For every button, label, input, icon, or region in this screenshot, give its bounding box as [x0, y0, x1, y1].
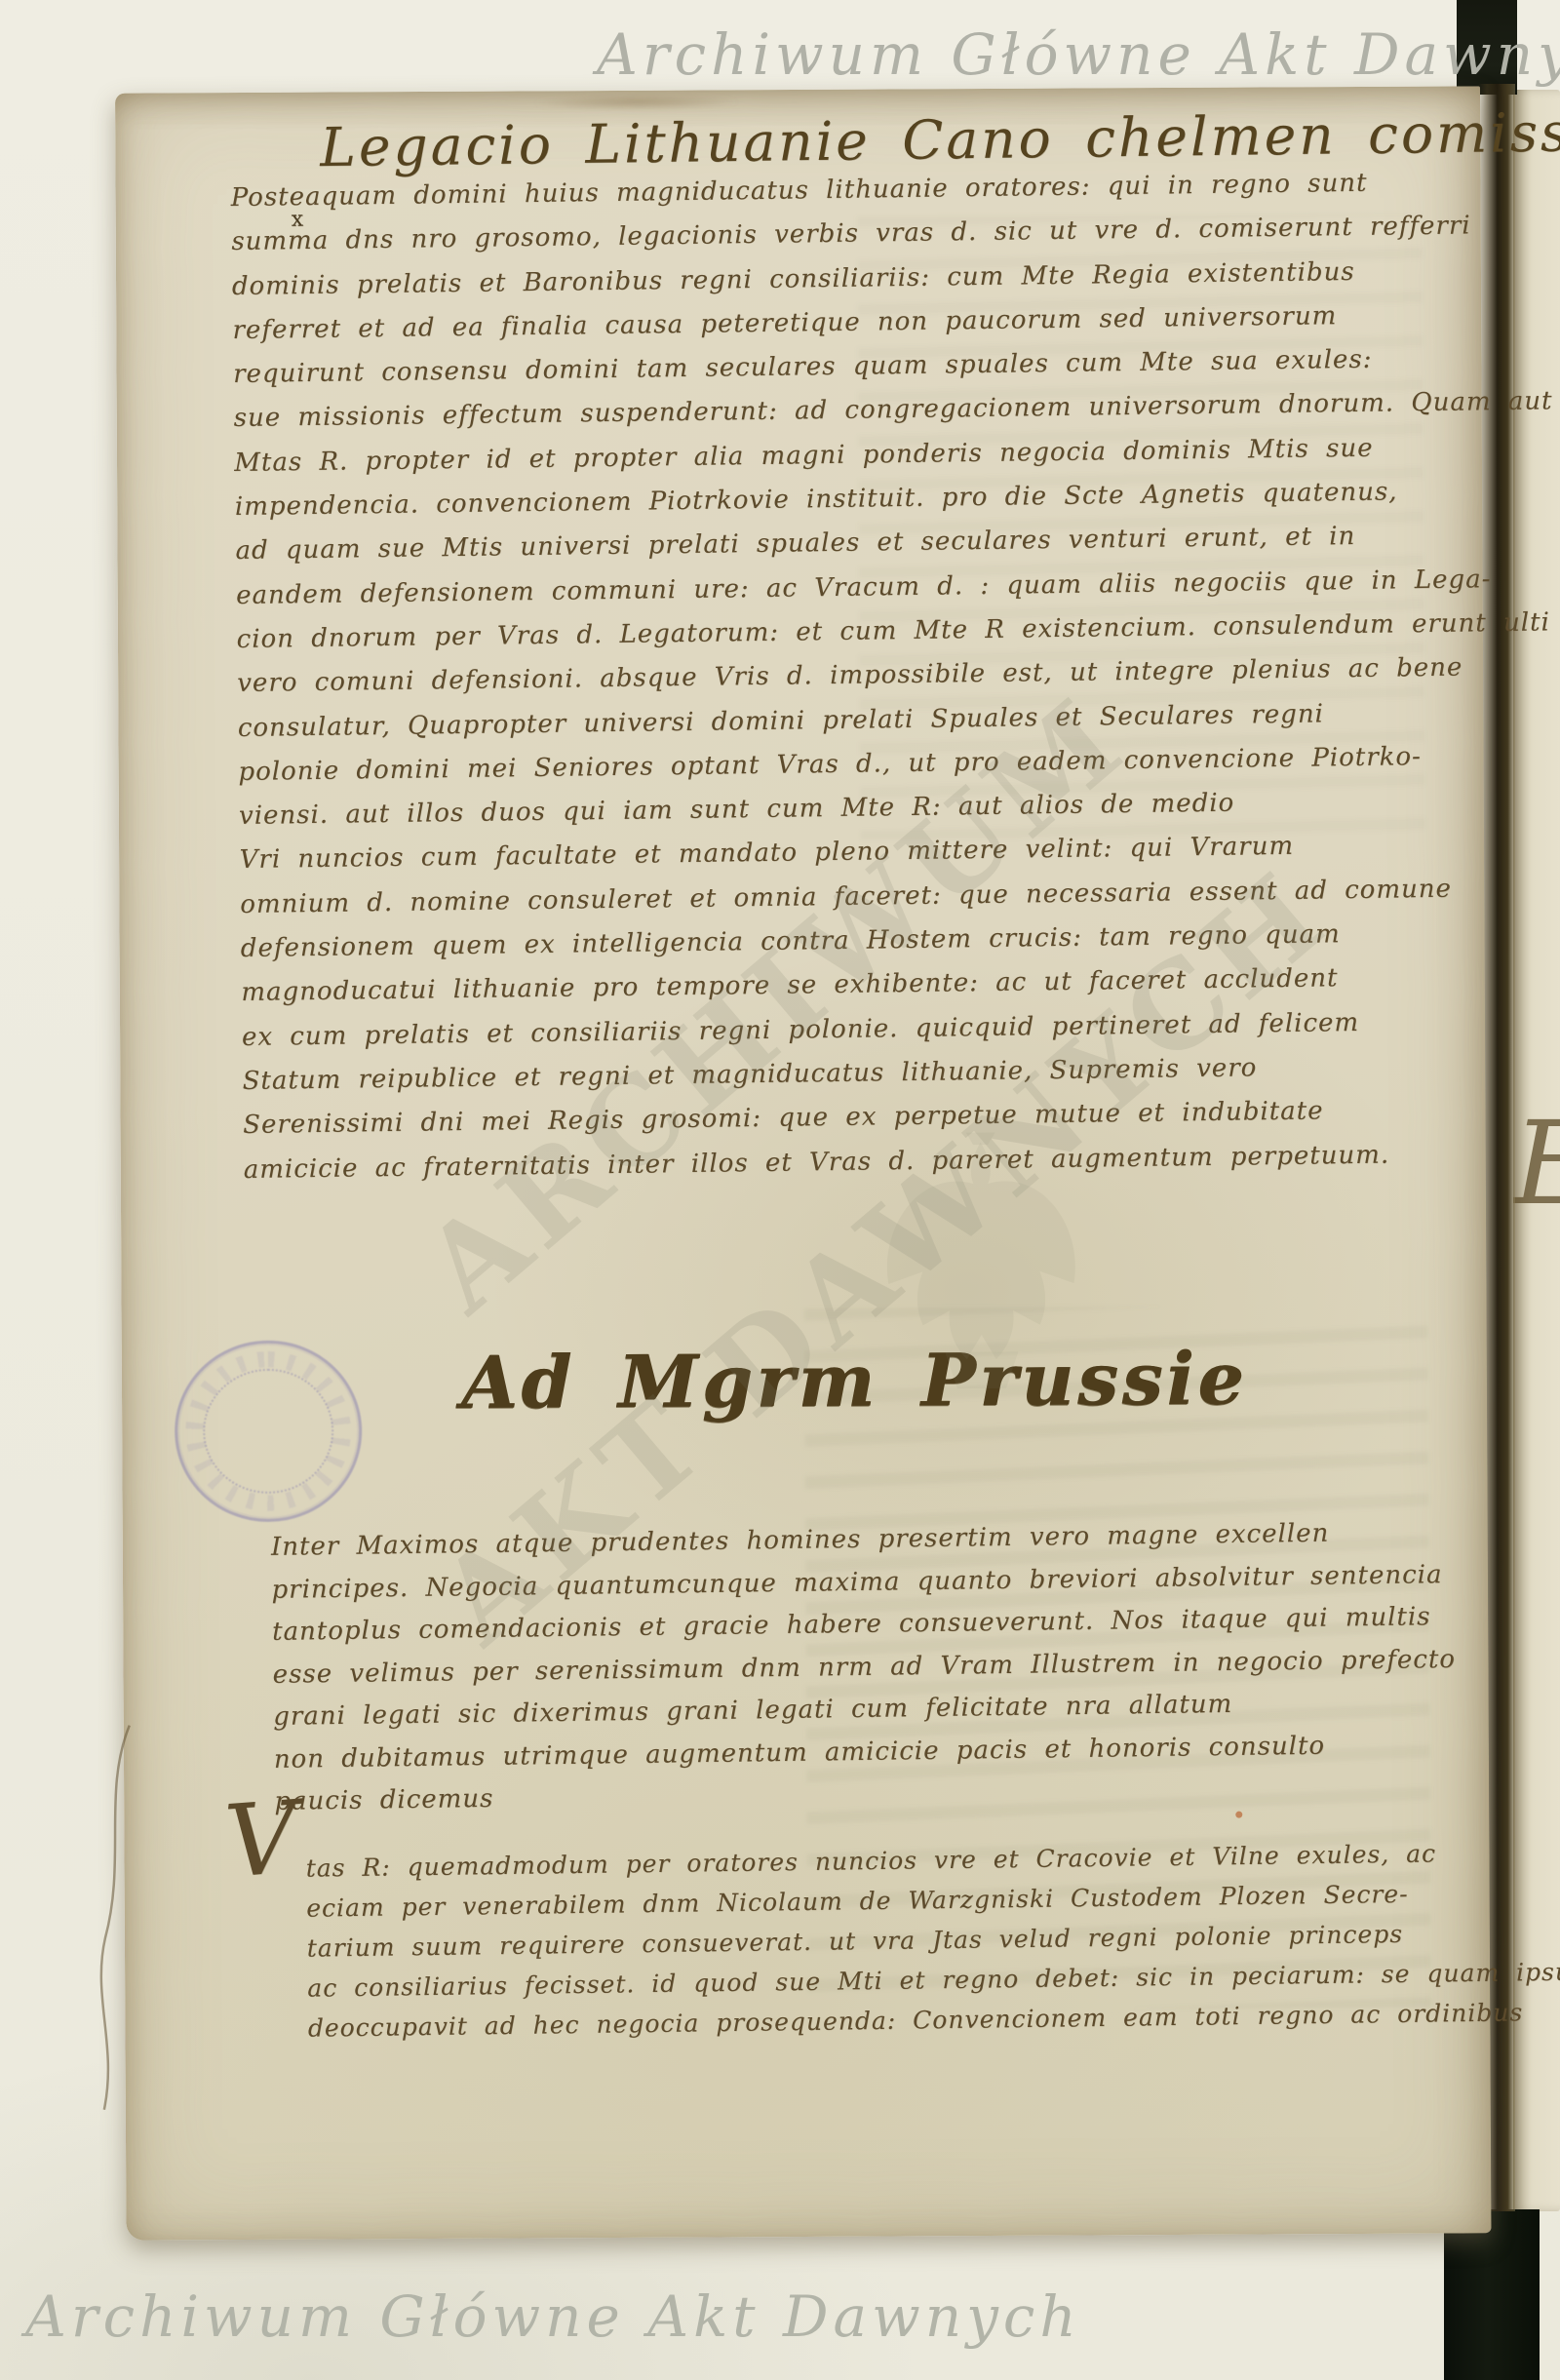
- archive-watermark-bottom: Archiwum Główne Akt Dawnych: [25, 2283, 1081, 2350]
- next-page-partial-letter: E: [1513, 1106, 1560, 1221]
- margin-flourish: [83, 1723, 153, 2113]
- eagle-watermark: [854, 1119, 1110, 1413]
- archive-stamp: [175, 1340, 363, 1522]
- text-block-1: Posteaquam domini huius magniducatus lit…: [230, 160, 1501, 1192]
- text-block-3: tas R: quemadmodum per oratores nuncios …: [305, 1832, 1546, 2048]
- archive-watermark-top: Archiwum Główne Akt Dawnych: [597, 21, 1560, 88]
- paper-smudge: [531, 94, 741, 110]
- decorated-initial-v: V: [222, 1788, 301, 1892]
- manuscript-page: ARCHIWUM AKT DAWNYCH x Legacio Lithuanie…: [115, 86, 1492, 2240]
- book-strap-bottom: [1444, 2209, 1540, 2380]
- scanned-manuscript-view: { "archive_watermark": { "top": "Archiwu…: [0, 0, 1560, 2380]
